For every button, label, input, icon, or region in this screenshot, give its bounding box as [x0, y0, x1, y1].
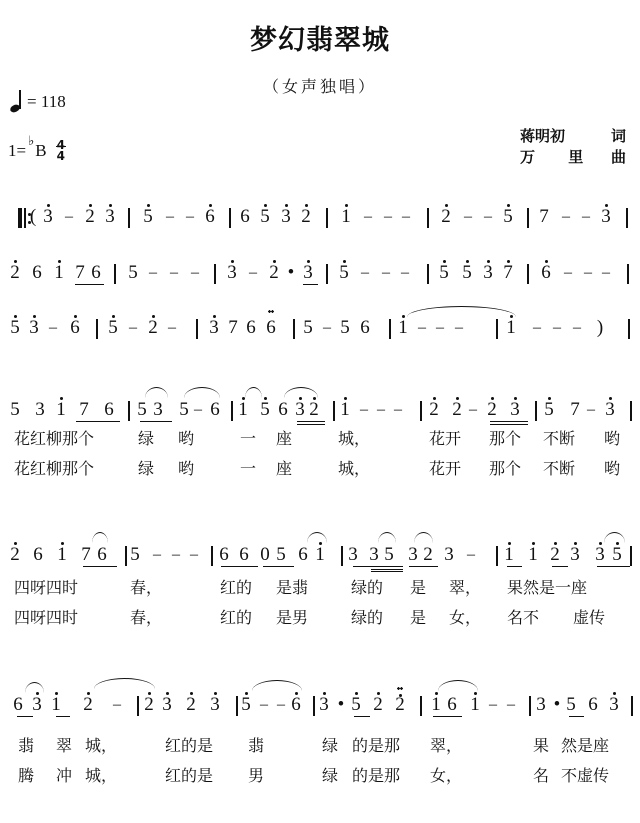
- lyric-text: 红的: [220, 608, 252, 628]
- octave-up-dot: [231, 260, 234, 263]
- lyric-text: 一: [240, 459, 256, 479]
- octave-up-dot: [554, 542, 557, 545]
- octave-up-dot: [74, 315, 77, 318]
- barline: [631, 696, 633, 716]
- note: 5: [258, 395, 272, 425]
- note: 2: [267, 258, 281, 288]
- note: 3: [607, 690, 621, 720]
- octave-up-dot: [613, 692, 616, 695]
- octave-up-dot: [507, 260, 510, 263]
- staff-line: 53176535–6156321–––22–2357–3: [0, 395, 640, 425]
- dash-extension: –: [433, 313, 447, 343]
- note: 2: [184, 690, 198, 720]
- octave-up-dot: [285, 204, 288, 207]
- note: 2: [8, 258, 22, 288]
- staff-line: (3–235––665321–––2––57––3: [0, 202, 640, 232]
- lyric-text: 城，: [338, 459, 370, 479]
- barline: [211, 546, 213, 566]
- staff-line: 6312–23235––63•522161––3•563: [0, 690, 640, 720]
- note: 3: [317, 690, 331, 720]
- barline: [529, 696, 531, 716]
- octave-up-dot: [14, 260, 17, 263]
- octave-up-dot: [491, 397, 494, 400]
- note: 2: [393, 690, 407, 720]
- beam-underline: [353, 566, 403, 567]
- octave-up-dot: [344, 397, 347, 400]
- lyric-text: 女，: [430, 766, 462, 786]
- dash-extension: –: [146, 258, 160, 288]
- lyricist-name: 蒋明初: [520, 126, 565, 147]
- note: (: [26, 202, 40, 232]
- lyric-text: 的是那: [352, 736, 400, 756]
- dash-extension: –: [581, 258, 595, 288]
- note: •: [334, 690, 348, 720]
- octave-up-dot: [507, 204, 510, 207]
- note: 2: [439, 202, 453, 232]
- note: 6: [289, 690, 303, 720]
- lyric-text: 女，: [449, 608, 481, 628]
- ornament-icon: [397, 687, 403, 690]
- octave-up-dot: [295, 692, 298, 695]
- note: 5: [460, 258, 474, 288]
- performance-note: （女声独唱）: [0, 74, 640, 97]
- octave-up-dot: [433, 397, 436, 400]
- beam-underline: [140, 421, 172, 422]
- tempo-value: = 118: [27, 92, 66, 112]
- lyricist-credit: 蒋明初 词: [520, 126, 626, 147]
- octave-up-dot: [466, 260, 469, 263]
- beam-underline: [56, 716, 70, 717]
- barline: [420, 696, 422, 716]
- barline: [535, 401, 537, 421]
- octave-up-dot: [599, 542, 602, 545]
- barline: [229, 208, 231, 228]
- note: 3: [568, 540, 582, 570]
- lyric-text: 翠，: [449, 578, 481, 598]
- dash-extension: –: [399, 202, 413, 232]
- note: 6: [264, 313, 278, 343]
- dash-extension: –: [584, 395, 598, 425]
- note: •: [284, 258, 298, 288]
- dash-extension: –: [481, 202, 495, 232]
- dash-extension: –: [415, 313, 429, 343]
- dash-extension: –: [466, 395, 480, 425]
- dash-extension: –: [165, 313, 179, 343]
- lyric-text: 花红柳那个: [14, 459, 94, 479]
- barline: [389, 319, 391, 339]
- dash-extension: –: [550, 313, 564, 343]
- beam-underline: [263, 566, 294, 567]
- lyric-text: 那个: [489, 429, 521, 449]
- dash-extension: –: [169, 540, 183, 570]
- slur-arc: [407, 306, 516, 317]
- beam-underline: [490, 424, 528, 425]
- beam-underline: [75, 284, 104, 285]
- dash-extension: –: [163, 202, 177, 232]
- note: 6: [238, 202, 252, 232]
- slur-arc: [438, 680, 478, 691]
- beam-underline: [297, 424, 325, 425]
- barline: [125, 546, 127, 566]
- note: 6: [358, 313, 372, 343]
- octave-up-dot: [508, 542, 511, 545]
- note: 5: [337, 258, 351, 288]
- octave-up-dot: [190, 692, 193, 695]
- note: 6: [539, 258, 553, 288]
- dash-extension: –: [167, 258, 181, 288]
- quarter-note-icon: [10, 90, 22, 112]
- beam-underline: [371, 571, 403, 572]
- octave-up-dot: [214, 692, 217, 695]
- barline: [630, 401, 632, 421]
- octave-up-dot: [148, 692, 151, 695]
- note: 3: [103, 202, 117, 232]
- dash-extension: –: [246, 258, 260, 288]
- barline: [128, 401, 130, 421]
- beam-underline: [297, 421, 325, 422]
- octave-up-dot: [474, 692, 477, 695]
- barline: [420, 401, 422, 421]
- octave-up-dot: [456, 397, 459, 400]
- lyric-text: 不断: [543, 459, 575, 479]
- flat-icon: ♭: [28, 133, 34, 149]
- note: 1: [396, 313, 410, 343]
- octave-up-dot: [443, 260, 446, 263]
- octave-up-dot: [445, 204, 448, 207]
- note: 3: [599, 202, 613, 232]
- note: 6: [68, 313, 82, 343]
- note: 5: [239, 690, 253, 720]
- lyric-text: 城，: [338, 429, 370, 449]
- dash-extension: –: [188, 258, 202, 288]
- note: 3: [225, 258, 239, 288]
- dash-extension: –: [504, 690, 518, 720]
- octave-up-dot: [87, 692, 90, 695]
- beam-underline: [303, 284, 318, 285]
- barline: [326, 264, 328, 284]
- note: 2: [450, 395, 464, 425]
- lyric-text: 城，: [85, 736, 117, 756]
- octave-up-dot: [89, 204, 92, 207]
- dash-extension: –: [579, 202, 593, 232]
- note: 1: [338, 395, 352, 425]
- note: 6: [244, 313, 258, 343]
- lyricist-role: 词: [611, 126, 626, 147]
- note: 6: [208, 395, 222, 425]
- barline: [326, 208, 328, 228]
- note: 5: [128, 540, 142, 570]
- octave-up-dot: [343, 260, 346, 263]
- lyric-text: 春，: [130, 608, 162, 628]
- octave-up-dot: [245, 692, 248, 695]
- octave-up-dot: [166, 692, 169, 695]
- octave-up-dot: [487, 260, 490, 263]
- note: 1: [313, 540, 327, 570]
- dash-extension: –: [191, 395, 205, 425]
- dash-extension: –: [320, 313, 334, 343]
- beam-underline: [569, 716, 584, 717]
- barline: [427, 208, 429, 228]
- note: 1: [468, 690, 482, 720]
- barline: [137, 696, 139, 716]
- barline: [427, 264, 429, 284]
- octave-up-dot: [355, 692, 358, 695]
- lyric-text: 绿: [138, 459, 154, 479]
- dash-extension: –: [126, 313, 140, 343]
- lyric-text: 哟: [604, 459, 620, 479]
- octave-up-dot: [514, 397, 517, 400]
- octave-up-dot: [605, 204, 608, 207]
- lyric-text: 红的: [220, 578, 252, 598]
- lyric-text: 绿: [322, 736, 338, 756]
- lyric-text: 四呀四时: [14, 578, 78, 598]
- slur-arc: [604, 532, 625, 543]
- beam-underline: [221, 566, 258, 567]
- beam-underline: [490, 421, 528, 422]
- lyric-text: 翡: [248, 736, 264, 756]
- lyric-text: 的是那: [352, 766, 400, 786]
- composer-role: 曲: [611, 147, 626, 168]
- barline: [196, 319, 198, 339]
- beam-underline: [409, 566, 438, 567]
- barline: [527, 208, 529, 228]
- beam-underline: [354, 716, 370, 717]
- dash-extension: –: [257, 690, 271, 720]
- dash-extension: –: [599, 258, 613, 288]
- barline: [313, 696, 315, 716]
- note: 3: [160, 690, 174, 720]
- slur-arc: [92, 532, 108, 543]
- note: 3: [534, 690, 548, 720]
- lyric-text: 城，: [85, 766, 117, 786]
- lyric-text: 是: [410, 578, 426, 598]
- dash-extension: –: [452, 313, 466, 343]
- note: 5: [542, 395, 556, 425]
- note: 6: [276, 395, 290, 425]
- octave-up-dot: [377, 692, 380, 695]
- composer-name: 万 里: [520, 147, 597, 168]
- note: 6: [296, 540, 310, 570]
- ornament-icon: [268, 310, 274, 313]
- lyric-text: 果: [533, 736, 549, 756]
- barline: [214, 264, 216, 284]
- key-one-equals: 1=: [8, 141, 26, 161]
- note: 1: [504, 313, 518, 343]
- lyric-text: 红的是: [165, 766, 213, 786]
- dash-extension: –: [461, 202, 475, 232]
- dash-extension: –: [150, 540, 164, 570]
- lyric-text: 虚传: [573, 608, 605, 628]
- octave-up-dot: [61, 542, 64, 545]
- lyric-text: 绿: [322, 766, 338, 786]
- octave-up-dot: [14, 542, 17, 545]
- note: 3: [442, 540, 456, 570]
- beam-underline: [433, 716, 462, 717]
- note: 2: [81, 690, 95, 720]
- note: 2: [8, 540, 22, 570]
- beam-underline: [17, 716, 33, 717]
- beam-underline: [552, 566, 568, 567]
- note: 5: [126, 258, 140, 288]
- note: 3: [279, 202, 293, 232]
- lyric-text: 花开: [429, 429, 461, 449]
- octave-up-dot: [147, 204, 150, 207]
- dash-extension: –: [357, 395, 371, 425]
- barline: [333, 401, 335, 421]
- slur-arc: [252, 680, 302, 691]
- dash-extension: –: [570, 313, 584, 343]
- octave-up-dot: [213, 315, 216, 318]
- beam-underline: [83, 566, 117, 567]
- lyric-text: 翠，: [430, 736, 462, 756]
- slur-arc: [25, 682, 44, 693]
- slur-arc: [307, 532, 327, 543]
- beam-underline: [597, 566, 630, 567]
- beam-underline: [507, 566, 522, 567]
- lyric-text: 是翡: [276, 578, 308, 598]
- lyric-text: 是: [410, 608, 426, 628]
- dash-extension: –: [110, 690, 124, 720]
- dash-extension: –: [391, 395, 405, 425]
- lyric-text: 然是座: [561, 736, 609, 756]
- lyric-text: 名不: [507, 608, 539, 628]
- barline: [231, 401, 233, 421]
- octave-up-dot: [47, 204, 50, 207]
- note: 1: [236, 395, 250, 425]
- octave-up-dot: [532, 542, 535, 545]
- lyric-text: 哟: [178, 429, 194, 449]
- octave-up-dot: [323, 692, 326, 695]
- octave-up-dot: [112, 315, 115, 318]
- note: 2: [371, 690, 385, 720]
- note: 6: [31, 540, 45, 570]
- dash-extension: –: [374, 395, 388, 425]
- octave-up-dot: [264, 397, 267, 400]
- dash-extension: –: [381, 202, 395, 232]
- note: 5: [501, 202, 515, 232]
- time-bottom: 4: [57, 151, 65, 162]
- composer-credit: 万 里 曲: [520, 147, 626, 168]
- dash-extension: –: [183, 202, 197, 232]
- octave-up-dot: [399, 694, 402, 697]
- octave-up-dot: [58, 260, 61, 263]
- note: 2: [142, 690, 156, 720]
- note: 5: [8, 395, 22, 425]
- note: 1: [54, 395, 68, 425]
- barline: [628, 319, 630, 339]
- barline: [527, 264, 529, 284]
- octave-up-dot: [574, 542, 577, 545]
- lyric-text: 果然是一座: [507, 578, 587, 598]
- slur-arc: [378, 532, 396, 543]
- slur-arc: [414, 532, 433, 543]
- barline: [341, 546, 343, 566]
- note: 2: [83, 202, 97, 232]
- dash-extension: –: [486, 690, 500, 720]
- note: 6: [203, 202, 217, 232]
- beam-underline: [76, 421, 120, 422]
- staff-line: 53–65–2–37665–561–––1–––): [0, 313, 640, 343]
- lyric-text: 腾: [18, 766, 34, 786]
- octave-up-dot: [435, 692, 438, 695]
- octave-up-dot: [60, 397, 63, 400]
- dash-extension: –: [358, 258, 372, 288]
- dash-extension: –: [561, 258, 575, 288]
- barline: [626, 208, 628, 228]
- octave-up-dot: [14, 315, 17, 318]
- lyric-text: 翡: [18, 736, 34, 756]
- dash-extension: –: [46, 313, 60, 343]
- slur-arc: [245, 387, 262, 398]
- note: 2: [299, 202, 313, 232]
- octave-up-dot: [273, 260, 276, 263]
- note: 3: [208, 690, 222, 720]
- lyric-text: 冲: [56, 766, 72, 786]
- lyric-text: 哟: [178, 459, 194, 479]
- barline: [496, 319, 498, 339]
- note: 5: [8, 313, 22, 343]
- note: 5: [106, 313, 120, 343]
- octave-up-dot: [345, 204, 348, 207]
- slur-arc: [184, 387, 220, 398]
- octave-up-dot: [55, 692, 58, 695]
- note: 5: [177, 395, 191, 425]
- dash-extension: –: [530, 313, 544, 343]
- note: 6: [586, 690, 600, 720]
- note: 2: [427, 395, 441, 425]
- octave-up-dot: [402, 315, 405, 318]
- barline: [114, 264, 116, 284]
- lyric-text: 绿的: [351, 578, 383, 598]
- note: 5: [258, 202, 272, 232]
- octave-up-dot: [307, 260, 310, 263]
- slur-arc: [94, 678, 155, 689]
- note: 6: [30, 258, 44, 288]
- lyric-text: 是男: [276, 608, 308, 628]
- octave-up-dot: [545, 260, 548, 263]
- lyric-text: 座: [276, 429, 292, 449]
- barline: [630, 546, 632, 566]
- note: 7: [568, 395, 582, 425]
- lyric-text: 男: [248, 766, 264, 786]
- lyric-text: 绿: [138, 429, 154, 449]
- lyric-text: 哟: [604, 429, 620, 449]
- note: 3: [603, 395, 617, 425]
- lyric-text: 那个: [489, 459, 521, 479]
- octave-up-dot: [264, 204, 267, 207]
- note: 3: [207, 313, 221, 343]
- dash-extension: –: [361, 202, 375, 232]
- octave-up-dot: [152, 315, 155, 318]
- note: 3: [27, 313, 41, 343]
- slur-arc: [284, 387, 318, 398]
- lyric-text: 春，: [130, 578, 162, 598]
- note: 5: [437, 258, 451, 288]
- song-title: 梦幻翡翠城: [0, 18, 640, 57]
- lyric-text: 四呀四时: [14, 608, 78, 628]
- barline: [293, 319, 295, 339]
- octave-up-dot: [305, 204, 308, 207]
- note: 5: [141, 202, 155, 232]
- dash-extension: –: [464, 540, 478, 570]
- note: 7: [226, 313, 240, 343]
- lyric-text: 一: [240, 429, 256, 449]
- lyric-text: 不断: [543, 429, 575, 449]
- note: 1: [55, 540, 69, 570]
- staff-line: 261765–––660561335323–112335: [0, 540, 640, 570]
- note: 3: [41, 202, 55, 232]
- dash-extension: –: [559, 202, 573, 232]
